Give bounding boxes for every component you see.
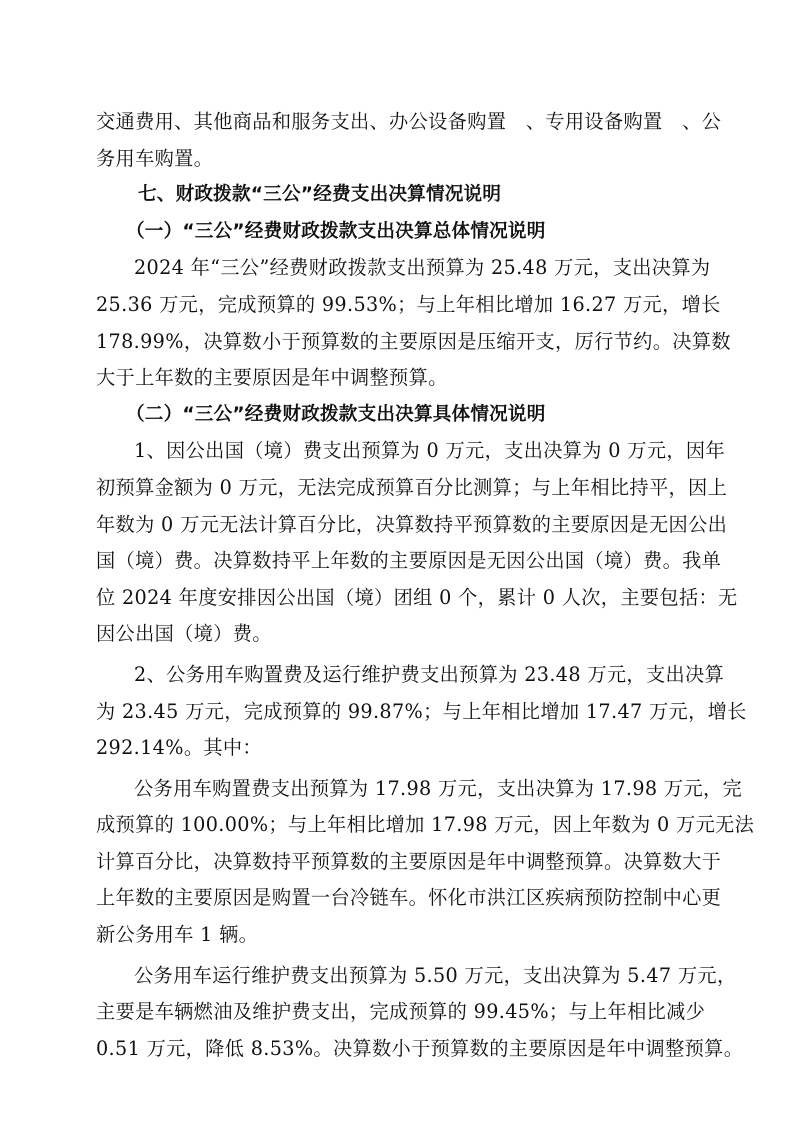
text-line: 位 2024 年度安排因公出国（境）团组 0 个，累计 0 人次，主要包括：无 [96,580,701,617]
text-line: 0.51 万元，降低 8.53%。决算数小于预算数的主要原因是年中调整预算。 [96,1031,701,1068]
overall-paragraph: 2024 年“三公”经费财政拨款支出预算为 25.48 万元，支出决算为 25.… [96,250,701,396]
text-line: 初预算金额为 0 万元，无法完成预算百分比测算；与上年相比持平，因上 [96,470,701,507]
text-line: 为 23.45 万元，完成预算的 99.87%；与上年相比增加 17.47 万元… [96,694,701,731]
text-line: 主要是车辆燃油及维护费支出，完成预算的 99.45%；与上年相比减少 [96,994,701,1031]
vehicle-maintenance-paragraph: 公务用车运行维护费支出预算为 5.50 万元，支出决算为 5.47 万元， 主要… [96,958,701,1068]
text-line: 成预算的 100.00%；与上年相比增加 17.98 万元，因上年数为 0 万元… [96,807,701,844]
continuation-paragraph: 交通费用、其他商品和服务支出、办公设备购置 、专用设备购置 、公 务用车购置。 [96,104,701,177]
overseas-travel-paragraph: 1、因公出国（境）费支出预算为 0 万元，支出决算为 0 万元，因年 初预算金额… [96,433,701,653]
text-line: 交通费用、其他商品和服务支出、办公设备购置 、专用设备购置 、公 [96,104,701,141]
subsection-heading-1: （一）“三公”经费财政拨款支出决算总体情况说明 [96,214,701,251]
text-line: 上年数的主要原因是购置一台冷链车。怀化市洪江区疾病预防控制中心更 [96,880,701,917]
text-line: 178.99%，决算数小于预算数的主要原因是压缩开支，厉行节约。决算数 [96,324,701,361]
vehicle-purchase-paragraph: 公务用车购置费支出预算为 17.98 万元，支出决算为 17.98 万元，完 成… [96,771,701,954]
text-line: 新公务用车 1 辆。 [96,917,701,954]
text-line: 务用车购置。 [96,141,701,178]
text-line: 因公出国（境）费。 [96,616,701,653]
text-line: 292.14%。其中： [96,730,701,767]
text-line: 2、公务用车购置费及运行维护费支出预算为 23.48 万元，支出决算 [96,657,701,694]
text-line: 国（境）费。决算数持平上年数的主要原因是无因公出国（境）费。我单 [96,543,701,580]
subsection-heading-2: （二）“三公”经费财政拨款支出决算具体情况说明 [96,397,701,434]
vehicle-total-paragraph: 2、公务用车购置费及运行维护费支出预算为 23.48 万元，支出决算 为 23.… [96,657,701,767]
section-heading-7: 七、财政拨款“三公”经费支出决算情况说明 [96,177,701,214]
text-line: 25.36 万元，完成预算的 99.53%；与上年相比增加 16.27 万元，增… [96,287,701,324]
text-line: 1、因公出国（境）费支出预算为 0 万元，支出决算为 0 万元，因年 [96,433,701,470]
text-line: 2024 年“三公”经费财政拨款支出预算为 25.48 万元，支出决算为 [96,250,701,287]
document-page: 交通费用、其他商品和服务支出、办公设备购置 、专用设备购置 、公 务用车购置。 … [96,104,701,1067]
text-line: 公务用车购置费支出预算为 17.98 万元，支出决算为 17.98 万元，完 [96,771,701,808]
text-line: 公务用车运行维护费支出预算为 5.50 万元，支出决算为 5.47 万元， [96,958,701,995]
text-line: 年数为 0 万元无法计算百分比，决算数持平预算数的主要原因是无因公出 [96,507,701,544]
text-line: 计算百分比，决算数持平预算数的主要原因是年中调整预算。决算数大于 [96,844,701,881]
text-line: 大于上年数的主要原因是年中调整预算。 [96,360,701,397]
